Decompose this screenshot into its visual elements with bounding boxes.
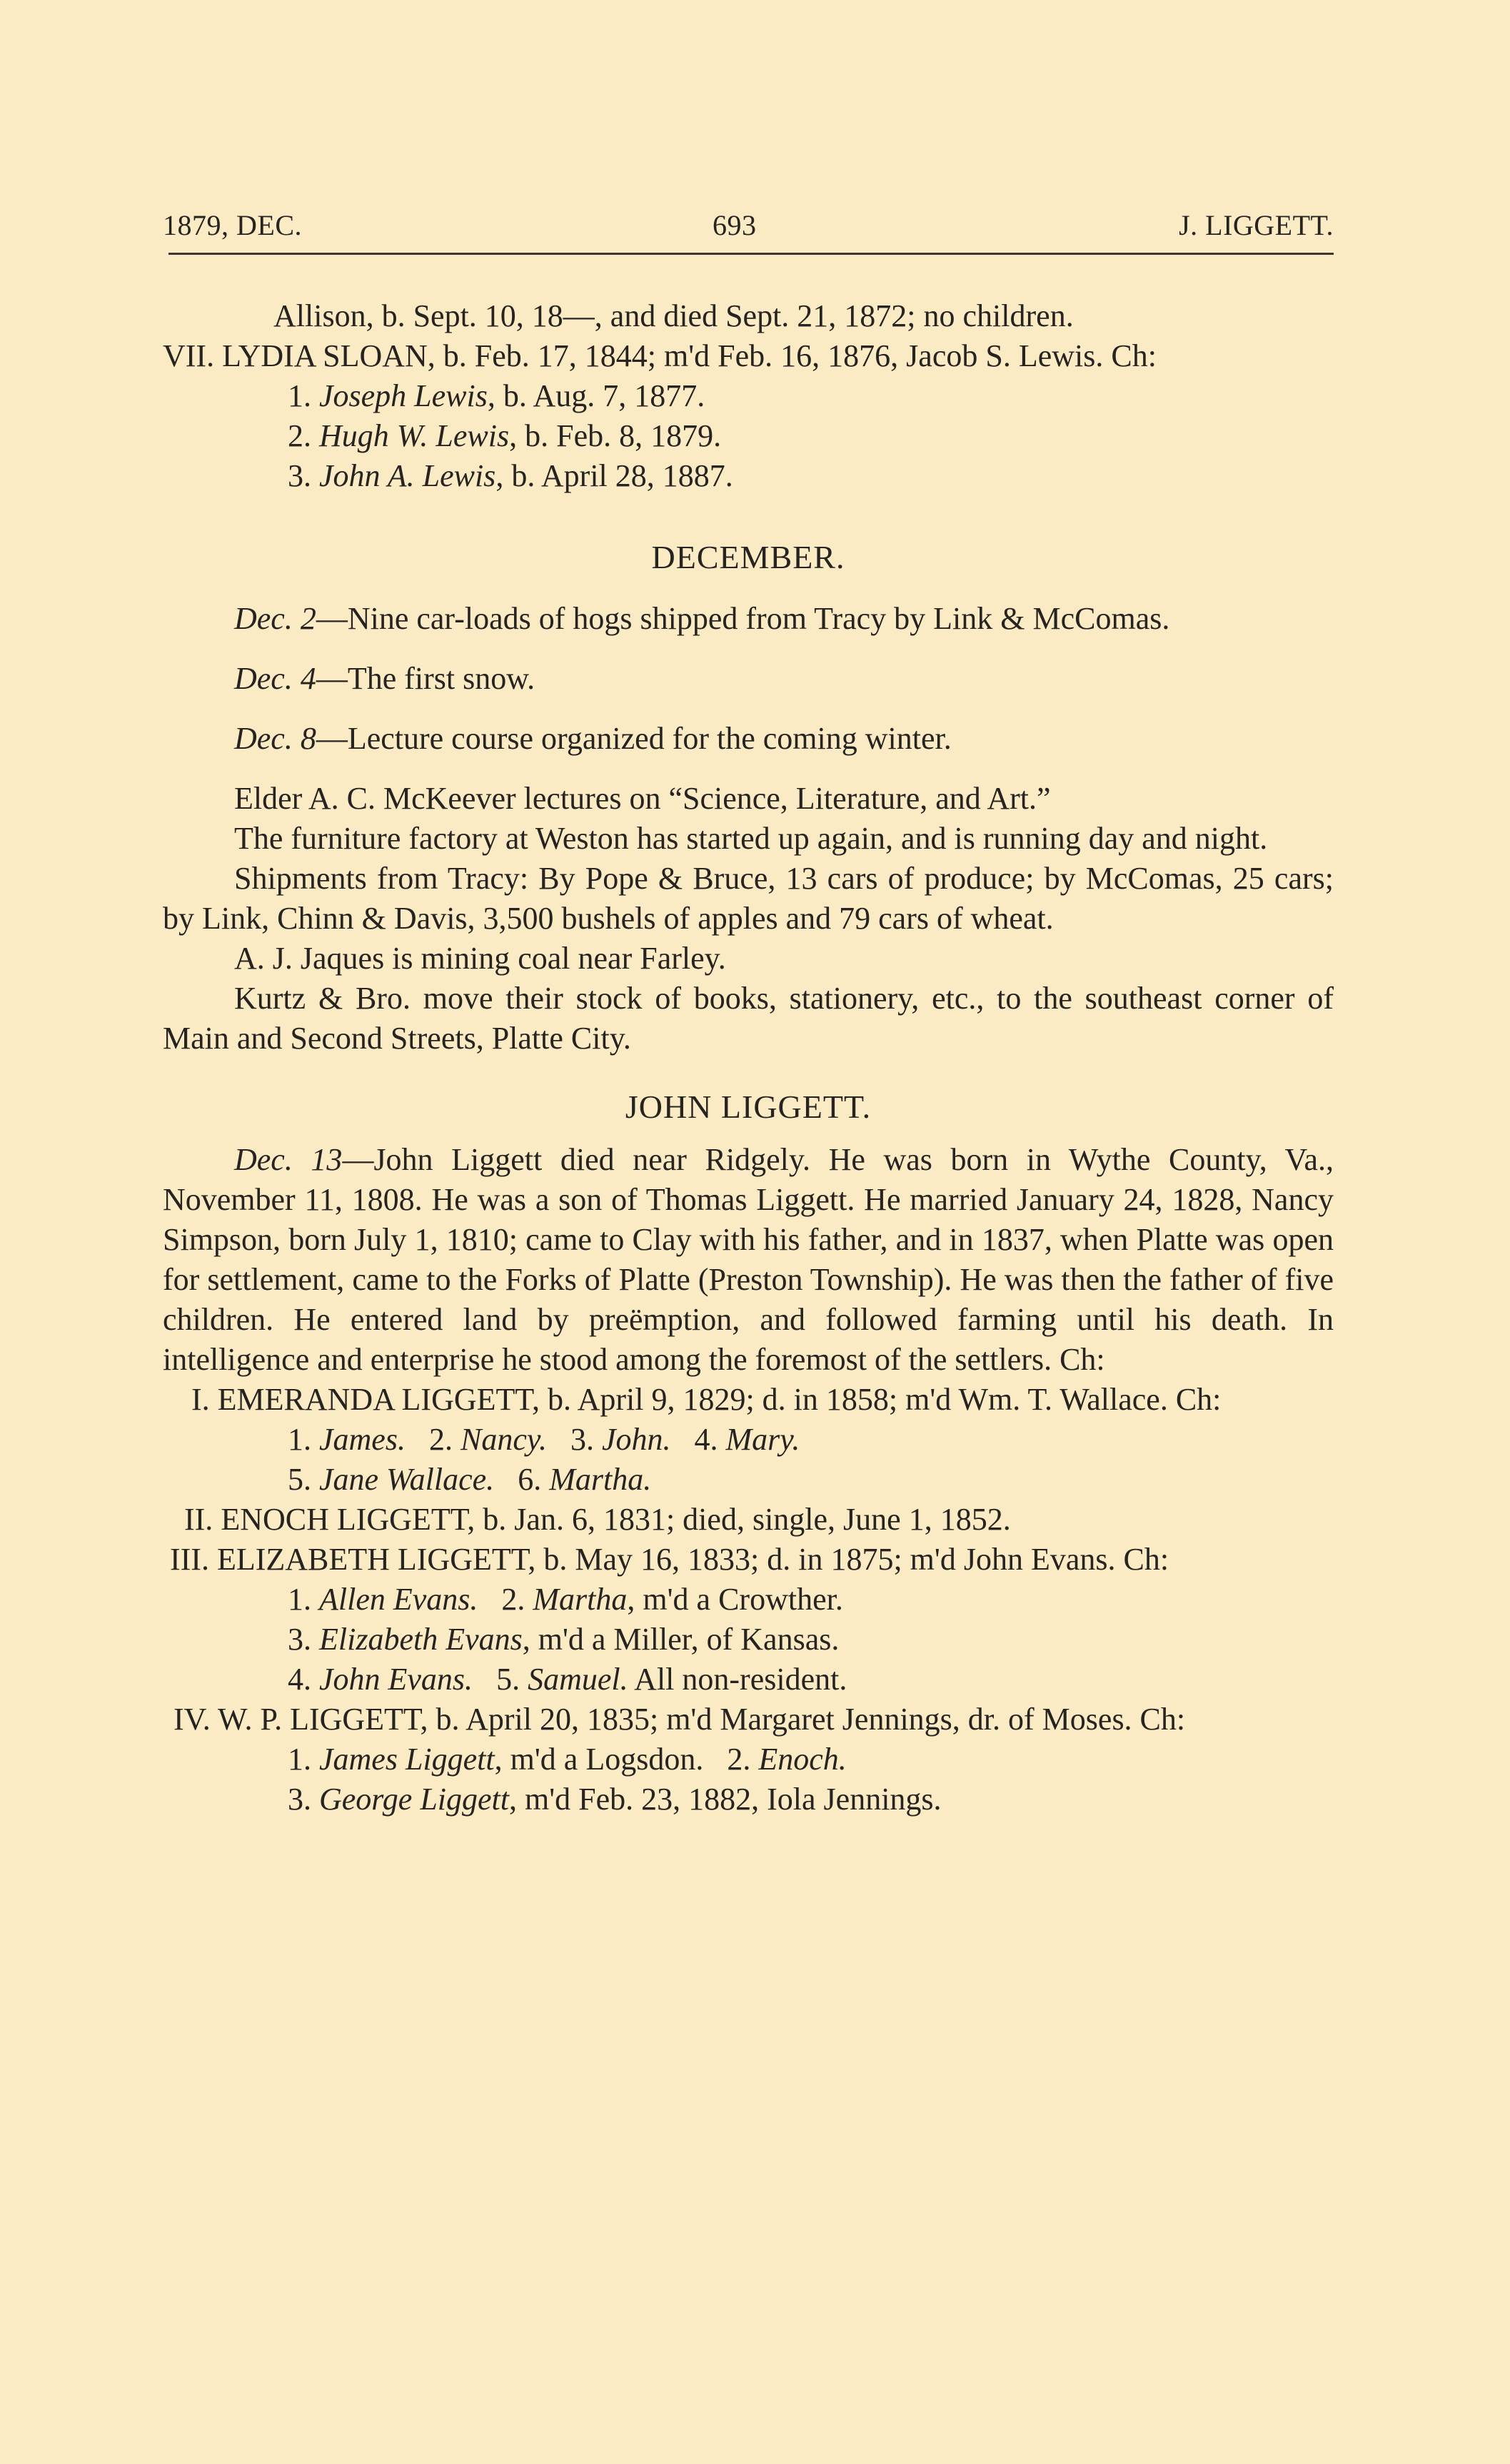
child-name: Allen Evans.: [319, 1582, 478, 1617]
child-name: Samuel.: [528, 1662, 628, 1697]
child-line: 3. Elizabeth Evans, m'd a Miller, of Kan…: [163, 1620, 1334, 1660]
child-line: 1. James Liggett, m'd a Logsdon. 2. Enoc…: [163, 1740, 1334, 1779]
entry-date: Dec. 13: [234, 1142, 342, 1177]
running-head-date: 1879, DEC.: [163, 208, 302, 242]
roman-numeral: I.: [191, 1382, 210, 1417]
dated-entry: Dec. 4—The first snow.: [163, 659, 1334, 699]
entry-date: Dec. 4: [234, 661, 316, 696]
continuation-paragraph: Allison, b. Sept. 10, 18—, and died Sept…: [163, 296, 1334, 336]
news-paragraph: Kurtz & Bro. move their stock of books, …: [163, 979, 1334, 1059]
running-head: 1879, DEC. 693 J. LIGGETT.: [163, 208, 1334, 244]
child-name: Martha: [533, 1582, 627, 1617]
child-name: James Liggett: [319, 1742, 495, 1777]
child-name: Hugh W. Lewis: [319, 418, 509, 453]
child-name: Nancy.: [460, 1422, 547, 1457]
genealogy-entry-enoch: II. ENOCH LIGGETT, b. Jan. 6, 1831; died…: [163, 1500, 1334, 1540]
child-line: 1. Allen Evans. 2. Martha, m'd a Crowthe…: [163, 1580, 1334, 1620]
dated-entry: Dec. 8—Lecture course organized for the …: [163, 719, 1334, 759]
entry-text: LYDIA SLOAN, b. Feb. 17, 1844; m'd Feb. …: [222, 338, 1157, 373]
child-name: Enoch.: [758, 1742, 846, 1777]
child-name: James.: [319, 1422, 406, 1457]
child-line: 4. John Evans. 5. Samuel. All non-reside…: [163, 1660, 1334, 1700]
child-line: 3. John A. Lewis, b. April 28, 1887.: [163, 456, 1334, 496]
news-paragraph: A. J. Jaques is mining coal near Farley.: [163, 939, 1334, 979]
child-name: George Liggett: [319, 1782, 509, 1817]
genealogy-entry-wp: IV. W. P. LIGGETT, b. April 20, 1835; m'…: [163, 1700, 1334, 1740]
news-paragraph: Elder A. C. McKeever lectures on “Scienc…: [163, 779, 1334, 819]
page-body: Allison, b. Sept. 10, 18—, and died Sept…: [163, 296, 1334, 1819]
child-name: John A. Lewis: [319, 458, 495, 493]
child-name: John.: [602, 1422, 671, 1457]
roman-numeral: IV.: [173, 1702, 211, 1737]
child-line: 1. Joseph Lewis, b. Aug. 7, 1877.: [163, 376, 1334, 416]
header-rule: [168, 253, 1334, 255]
child-name: John Evans.: [319, 1662, 473, 1697]
child-line: 2. Hugh W. Lewis, b. Feb. 8, 1879.: [163, 416, 1334, 456]
roman-numeral: III.: [170, 1542, 209, 1577]
child-name: Joseph Lewis: [319, 378, 488, 413]
news-paragraph: Shipments from Tracy: By Pope & Bruce, 1…: [163, 859, 1334, 939]
child-name: Martha.: [549, 1462, 651, 1497]
child-name: Elizabeth Evans: [319, 1622, 523, 1657]
news-paragraph: The furniture factory at Weston has star…: [163, 819, 1334, 859]
section-heading-john-liggett: JOHN LIGGETT.: [163, 1087, 1334, 1127]
roman-numeral: VII.: [163, 338, 214, 373]
child-line: 5. Jane Wallace. 6. Martha.: [163, 1460, 1334, 1500]
child-name: Jane Wallace.: [319, 1462, 494, 1497]
roman-numeral: II.: [184, 1502, 213, 1537]
page-number: 693: [713, 208, 757, 242]
child-name: Mary.: [725, 1422, 800, 1457]
entry-date: Dec. 2: [234, 601, 316, 636]
genealogy-entry-lydia: VII. LYDIA SLOAN, b. Feb. 17, 1844; m'd …: [163, 336, 1334, 376]
entry-date: Dec. 8: [234, 721, 316, 756]
genealogy-entry-emeranda: I. EMERANDA LIGGETT, b. April 9, 1829; d…: [163, 1380, 1334, 1420]
section-heading-december: DECEMBER.: [163, 537, 1334, 577]
child-line: 1. James. 2. Nancy. 3. John. 4. Mary.: [163, 1420, 1334, 1460]
dated-entry: Dec. 2—Nine car-loads of hogs shipped fr…: [163, 599, 1334, 639]
obituary-paragraph: Dec. 13—John Liggett died near Ridgely. …: [163, 1140, 1334, 1380]
running-head-subject: J. LIGGETT.: [1179, 208, 1334, 242]
genealogy-entry-elizabeth: III. ELIZABETH LIGGETT, b. May 16, 1833;…: [163, 1540, 1334, 1580]
child-line: 3. George Liggett, m'd Feb. 23, 1882, Io…: [163, 1779, 1334, 1819]
